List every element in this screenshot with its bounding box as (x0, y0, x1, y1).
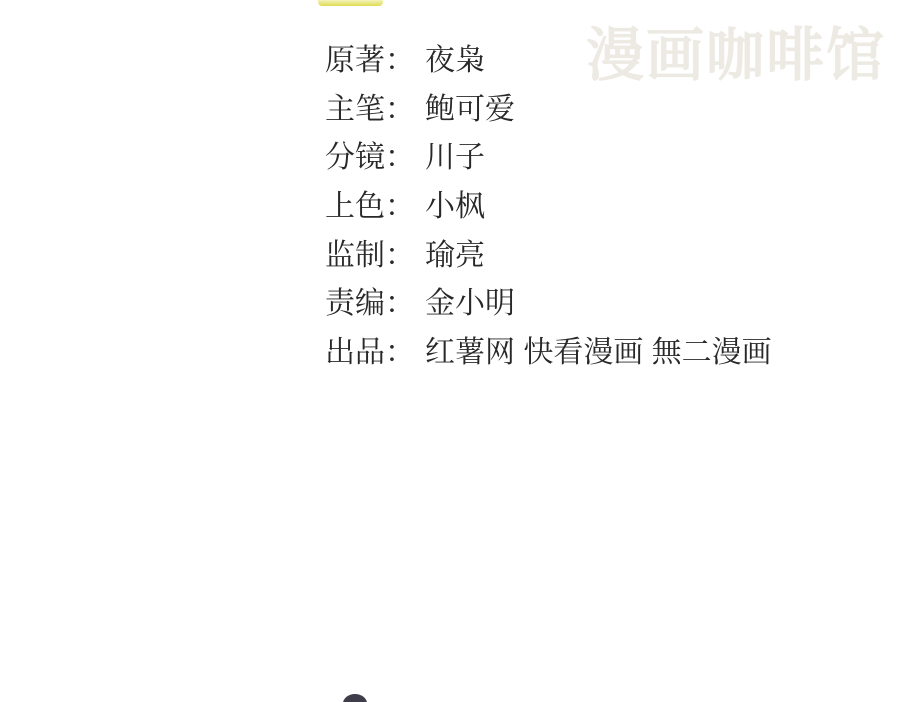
credit-row-lead-artist: 主笔：鲍可爱 (325, 82, 772, 131)
credit-label: 原著 (325, 35, 385, 79)
credit-label: 责编 (325, 278, 385, 322)
credit-separator: ： (385, 278, 415, 322)
credit-value: 红薯网 快看漫画 無二漫画 (425, 327, 772, 371)
credit-value: 川子 (425, 132, 485, 176)
credit-label: 出品 (325, 327, 385, 371)
credit-row-storyboard: 分镜：川子 (325, 130, 772, 179)
credit-value: 小枫 (425, 181, 485, 225)
yellow-banner-fragment (318, 0, 383, 6)
credit-label: 监制 (325, 230, 385, 274)
credit-value: 鲍可爱 (425, 84, 515, 128)
credit-row-production: 出品：红薯网 快看漫画 無二漫画 (325, 325, 772, 374)
credit-separator: ： (385, 132, 415, 176)
credit-label: 上色 (325, 181, 385, 225)
credit-value: 金小明 (425, 278, 515, 322)
credit-separator: ： (385, 84, 415, 128)
credit-row-editor: 责编：金小明 (325, 276, 772, 325)
credit-row-colorist: 上色：小枫 (325, 179, 772, 228)
comic-credits-page: 漫画咖啡馆 原著：夜枭 主笔：鲍可爱 分镜：川子 上色：小枫 监制：瑜亮 责编：… (0, 0, 900, 702)
credit-label: 分镜 (325, 132, 385, 176)
credit-row-supervisor: 监制：瑜亮 (325, 227, 772, 276)
credit-separator: ： (385, 327, 415, 371)
credit-separator: ： (385, 181, 415, 225)
credit-row-original-author: 原著：夜枭 (325, 33, 772, 82)
credit-separator: ： (385, 230, 415, 274)
credit-value: 夜枭 (425, 35, 485, 79)
credit-label: 主笔 (325, 84, 385, 128)
credit-value: 瑜亮 (425, 230, 485, 274)
figure-head-fragment (343, 694, 367, 702)
credit-separator: ： (385, 35, 415, 79)
credits-list: 原著：夜枭 主笔：鲍可爱 分镜：川子 上色：小枫 监制：瑜亮 责编：金小明 出品… (325, 33, 772, 373)
